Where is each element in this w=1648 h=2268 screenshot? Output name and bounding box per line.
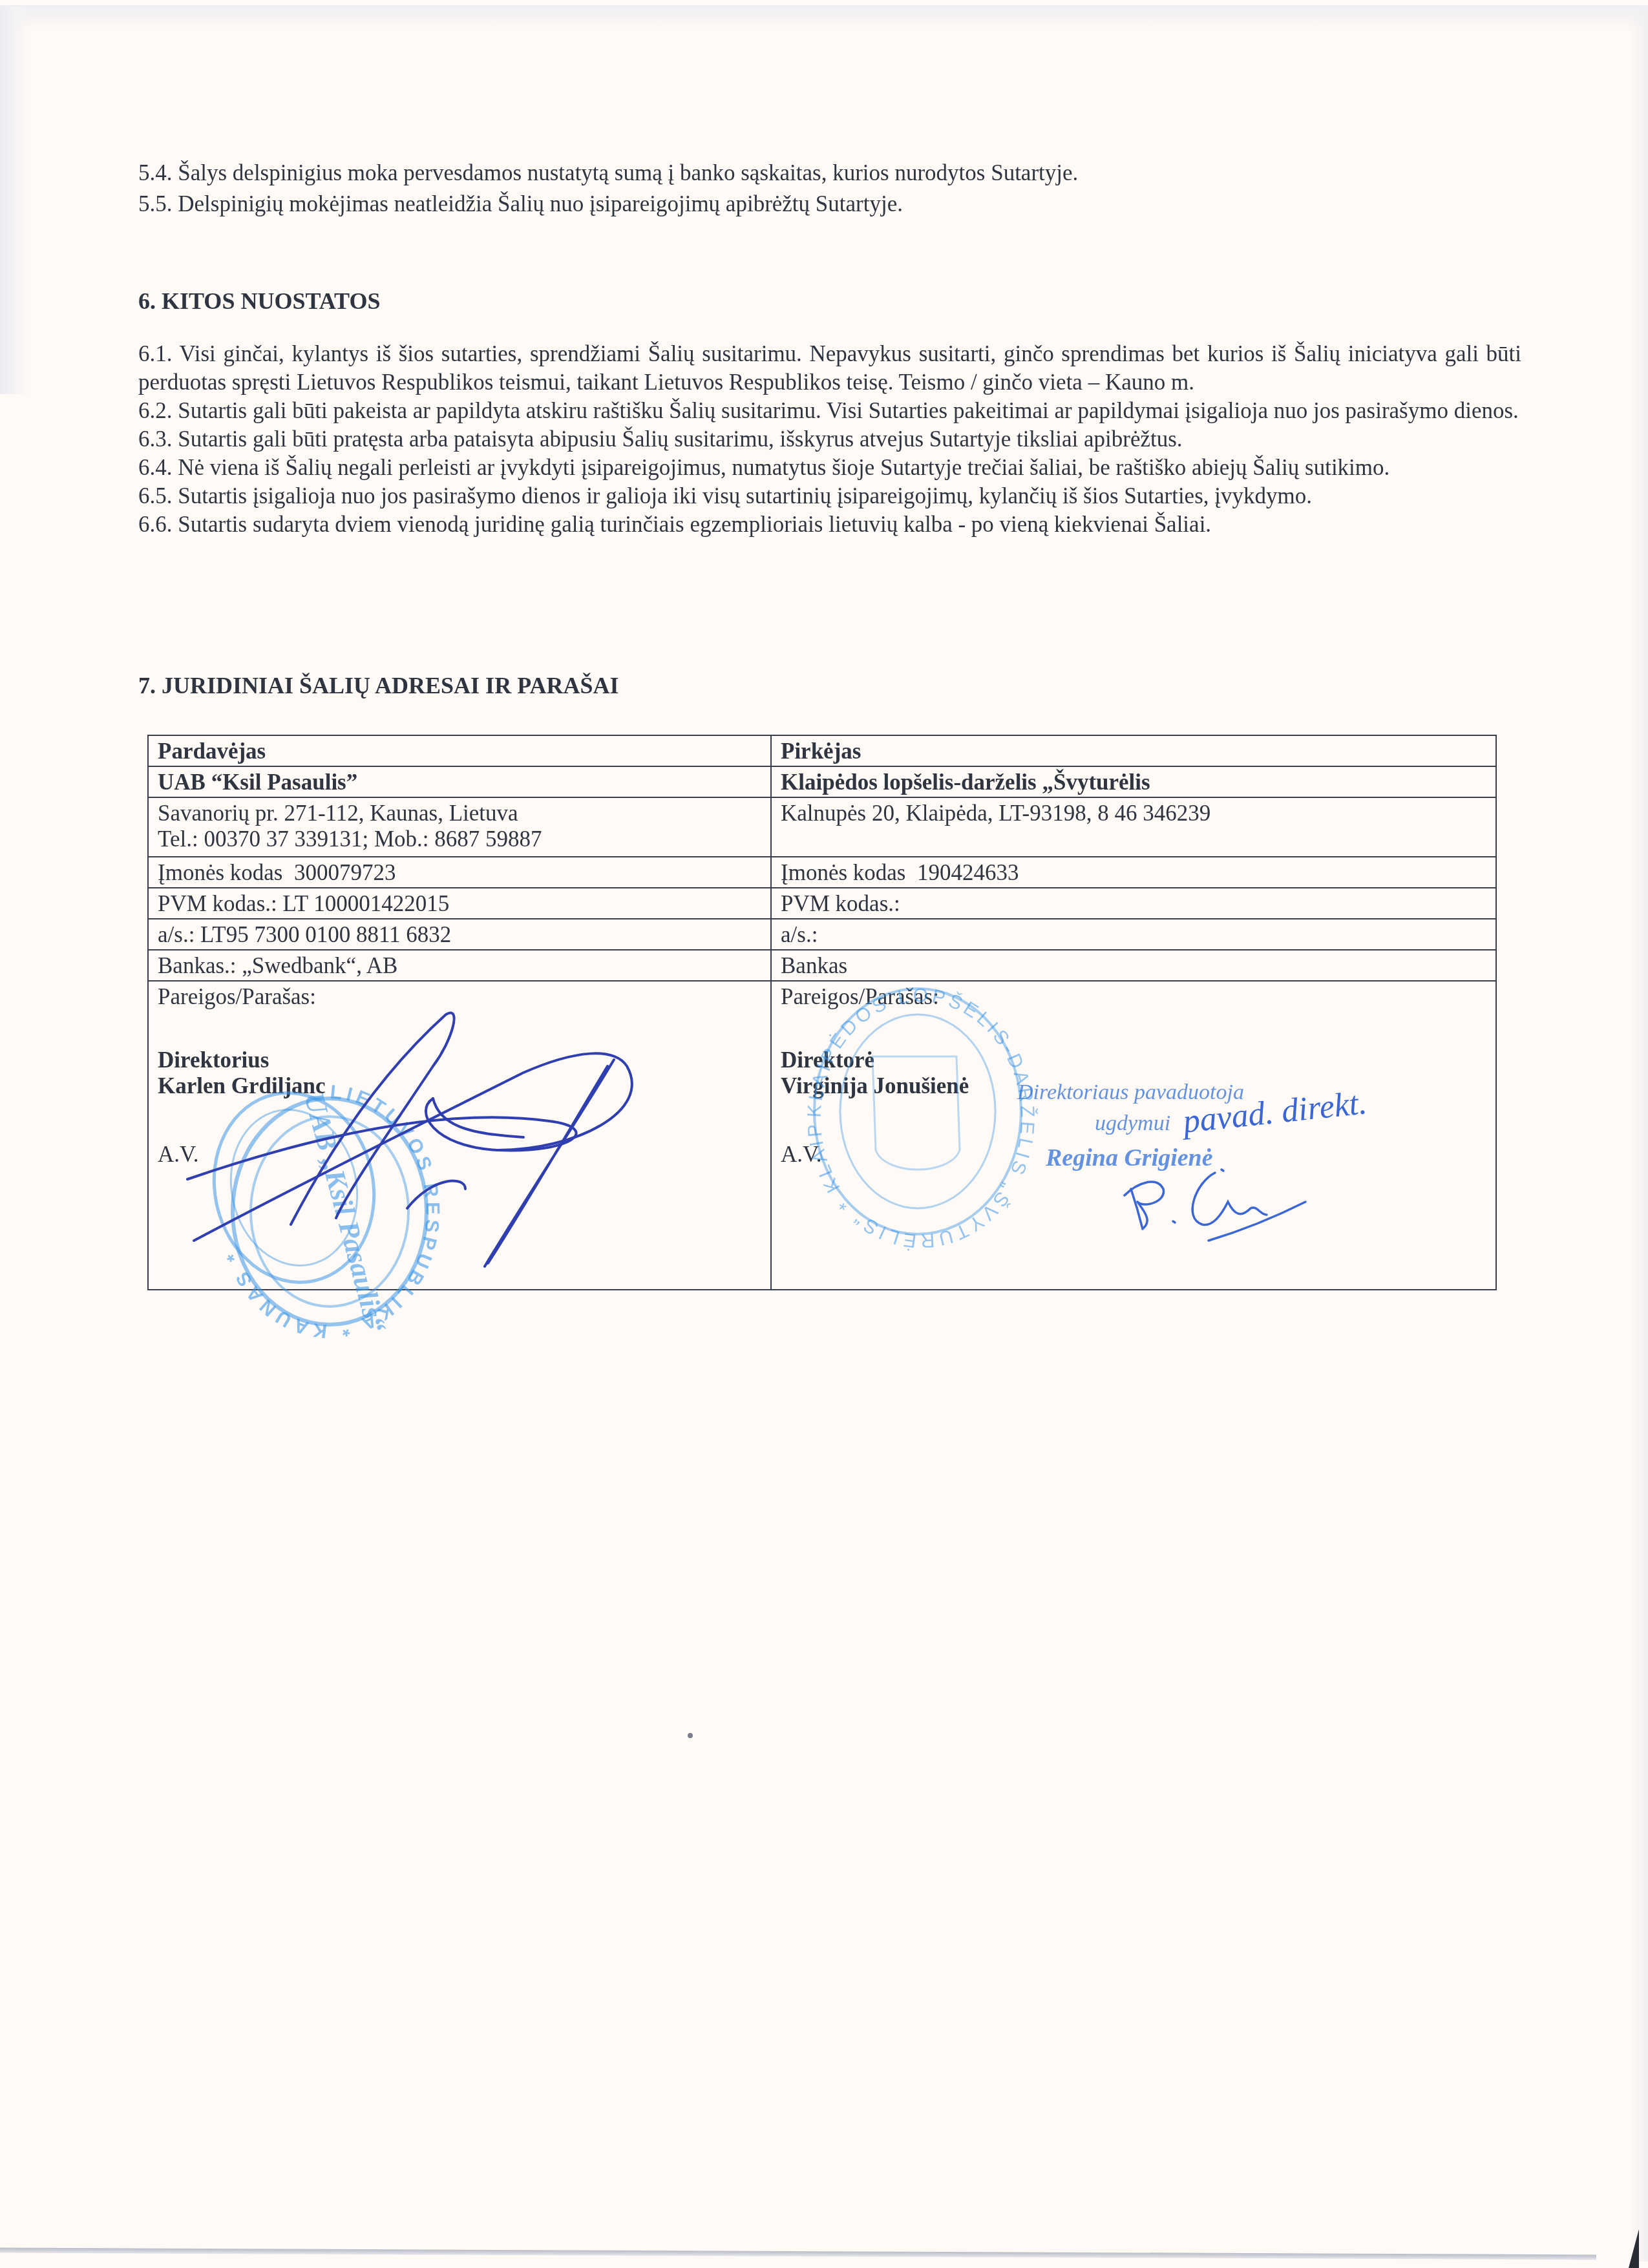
seller-name: UAB “Ksil Pasaulis” <box>148 766 771 797</box>
seller-role: Direktorius <box>158 1047 761 1073</box>
clause-text: Šalys delspinigius moka pervesdamos nust… <box>178 160 1078 185</box>
scan-top-shadow <box>0 5 1648 31</box>
clause-number: 6.4. <box>138 455 173 480</box>
buyer-account: a/s.: <box>771 919 1496 950</box>
clause-6-2: 6.2. Sutartis gali būti pakeista ar papi… <box>138 397 1521 425</box>
table-row-header: Pardavėjas Pirkėjas <box>148 735 1496 766</box>
seller-company-code: Įmonės kodas 300079723 <box>148 857 771 888</box>
section-6-clauses: 6.1. Visi ginčai, kylantys iš šios sutar… <box>138 340 1521 539</box>
table-row-account: a/s.: LT95 7300 0100 8811 6832 a/s.: <box>148 919 1496 950</box>
clause-6-1: 6.1. Visi ginčai, kylantys iš šios sutar… <box>138 340 1521 397</box>
buyer-vat-code: PVM kodas.: <box>771 888 1496 919</box>
clause-number: 6.5. <box>138 483 173 509</box>
clause-number: 6.2. <box>138 398 173 423</box>
clause-6-5: 6.5. Sutartis įsigalioja nuo jos pasiraš… <box>138 482 1521 510</box>
clause-5-4: 5.4. Šalys delspinigius moka pervesdamos… <box>138 159 1078 187</box>
buyer-name: Klaipėdos lopšelis-darželis „Švyturėlis <box>771 766 1496 797</box>
seller-signature-cell: Pareigos/Parašas: Direktorius Karlen Grd… <box>148 981 771 1290</box>
clause-text: Visi ginčai, kylantys iš šios sutarties,… <box>138 341 1521 395</box>
clause-number: 6.3. <box>138 426 173 452</box>
clause-number: 6.1. <box>138 341 173 366</box>
buyer-sign-label: Pareigos/Parašas: <box>781 984 939 1009</box>
seller-vat-code: PVM kodas.: LT 100001422015 <box>148 888 771 919</box>
clause-text: Sutartis gali būti pratęsta arba pataisy… <box>178 426 1182 452</box>
scan-speck <box>688 1733 693 1738</box>
seller-address: Savanorių pr. 271-112, Kaunas, Lietuva <box>158 801 761 826</box>
clause-text: Delspinigių mokėjimas neatleidžia Šalių … <box>178 191 903 216</box>
scan-edge-left <box>0 6 29 394</box>
clause-number: 5.5. <box>138 191 173 216</box>
clause-number: 6.6. <box>138 512 173 537</box>
seller-address-cell: Savanorių pr. 271-112, Kaunas, Lietuva T… <box>148 797 771 857</box>
scan-bottom-edge <box>0 2248 1596 2260</box>
deputy-name: Regina Grigienė <box>1046 1144 1213 1172</box>
table-row-address: Savanorių pr. 271-112, Kaunas, Lietuva T… <box>148 797 1496 857</box>
clause-6-3: 6.3. Sutartis gali būti pratęsta arba pa… <box>138 425 1521 454</box>
table-row-vat: PVM kodas.: LT 100001422015 PVM kodas.: <box>148 888 1496 919</box>
deputy-title-line2: ugdymui <box>1095 1111 1170 1136</box>
scan-edge-right <box>1629 6 1648 2262</box>
buyer-header: Pirkėjas <box>771 735 1496 766</box>
clause-6-4: 6.4. Nė viena iš Šalių negali perleisti … <box>138 454 1521 482</box>
table-row-bank: Bankas.: „Swedbank“, AB Bankas <box>148 950 1496 981</box>
table-row-company-code: Įmonės kodas 300079723 Įmonės kodas 1904… <box>148 857 1496 888</box>
buyer-company-code: Įmonės kodas 190424633 <box>771 857 1496 888</box>
parties-table: Pardavėjas Pirkėjas UAB “Ksil Pasaulis” … <box>147 735 1497 1290</box>
clause-6-6: 6.6. Sutartis sudaryta dviem vienodą jur… <box>138 510 1521 539</box>
table-row-name: UAB “Ksil Pasaulis” Klaipėdos lopšelis-d… <box>148 766 1496 797</box>
table-row-signatures: Pareigos/Parašas: Direktorius Karlen Grd… <box>148 981 1496 1290</box>
clause-5-5: 5.5. Delspinigių mokėjimas neatleidžia Š… <box>138 190 903 218</box>
page-corner-mark <box>1629 2229 1639 2268</box>
seller-seal-label: A.V. <box>158 1142 761 1168</box>
seller-sign-label: Pareigos/Parašas: <box>158 984 316 1009</box>
seller-phone: Tel.: 00370 37 339131; Mob.: 8687 59887 <box>158 826 761 852</box>
section-7-title: 7. JURIDINIAI ŠALIŲ ADRESAI IR PARAŠAI <box>138 672 618 699</box>
seller-signer-name: Karlen Grdiljanc <box>158 1073 761 1099</box>
clause-text: Nė viena iš Šalių negali perleisti ar įv… <box>178 455 1389 480</box>
seller-account: a/s.: LT95 7300 0100 8811 6832 <box>148 919 771 950</box>
seller-bank: Bankas.: „Swedbank“, AB <box>148 950 771 981</box>
seller-header: Pardavėjas <box>148 735 771 766</box>
clause-text: Sutartis gali būti pakeista ar papildyta… <box>178 398 1519 423</box>
section-6-title: 6. KITOS NUOSTATOS <box>138 288 380 315</box>
clause-text: Sutartis sudaryta dviem vienodą juridinę… <box>178 512 1211 537</box>
clause-number: 5.4. <box>138 160 173 185</box>
buyer-role: Direktorė <box>781 1047 1486 1073</box>
clause-text: Sutartis įsigalioja nuo jos pasirašymo d… <box>178 483 1312 509</box>
buyer-address: Kalnupės 20, Klaipėda, LT-93198, 8 46 34… <box>771 797 1496 857</box>
buyer-bank: Bankas <box>771 950 1496 981</box>
